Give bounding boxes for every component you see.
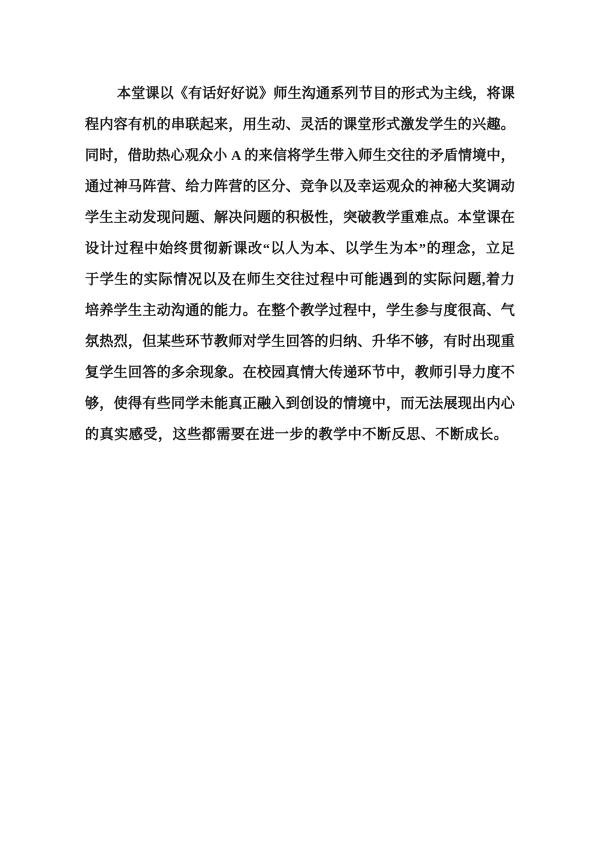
paragraph-line: 同时，借助热心观众小 A 的来信将学生带入师生交往的矛盾情境中， — [85, 141, 515, 172]
paragraph-line: 复学生回答的多余现象。在校园真情大传递环节中，教师引导力度不 — [85, 358, 515, 389]
paragraph-line: 设计过程中始终贯彻新课改“以人为本、以学生为本”的理念，立足 — [85, 234, 515, 265]
document-page: 本堂课以《有话好好说》师生沟通系列节目的形式为主线，将课 程内容有机的串联起来，… — [0, 0, 600, 848]
paragraph: 本堂课以《有话好好说》师生沟通系列节目的形式为主线，将课 程内容有机的串联起来，… — [85, 79, 515, 451]
paragraph-line: 培养学生主动沟通的能力。在整个教学过程中，学生参与度很高、气 — [85, 296, 515, 327]
paragraph-line: 本堂课以《有话好好说》师生沟通系列节目的形式为主线，将课 — [85, 79, 515, 110]
paragraph-line: 够，使得有些同学未能真正融入到创设的情境中，而无法展现出内心 — [85, 389, 515, 420]
paragraph-line: 程内容有机的串联起来，用生动、灵活的课堂形式激发学生的兴趣。 — [85, 110, 515, 141]
paragraph-line: 的真实感受，这些都需要在进一步的教学中不断反思、不断成长。 — [85, 420, 515, 451]
paragraph-line: 氛热烈，但某些环节教师对学生回答的归纳、升华不够，有时出现重 — [85, 327, 515, 358]
paragraph-line: 于学生的实际情况以及在师生交往过程中可能遇到的实际问题,着力 — [85, 265, 515, 296]
paragraph-line: 学生主动发现问题、解决问题的积极性，突破教学重难点。本堂课在 — [85, 203, 515, 234]
paragraph-line: 通过神马阵营、给力阵营的区分、竞争以及幸运观众的神秘大奖调动 — [85, 172, 515, 203]
